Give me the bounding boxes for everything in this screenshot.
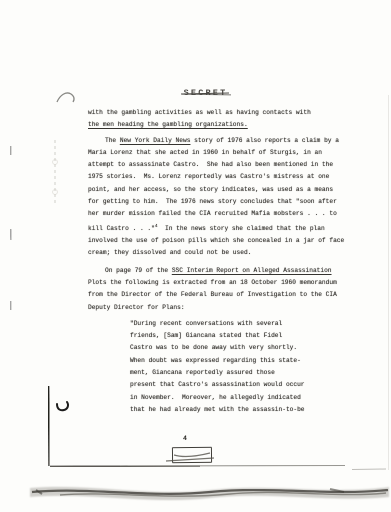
document-line: "During recent conversations with severa…: [88, 318, 378, 330]
baseline-smudge-right: [120, 466, 345, 467]
document-line: Maria Lorenz that she acted in 1960 in b…: [88, 147, 378, 159]
document-text-segment: kill Castro . . .": [88, 225, 155, 232]
document-text-segment: ment, Giancana reportedly assured those: [130, 369, 275, 376]
document-line: for getting to him. The 1976 news story …: [88, 196, 378, 208]
punch-hole-mark: [53, 160, 58, 165]
document-line: The New York Daily News story of 1976 al…: [88, 135, 378, 147]
handwritten-curl-mark: [57, 402, 68, 410]
document-line: attempt to assassinate Castro. She had a…: [88, 159, 378, 171]
document-line: from the Director of the Federal Bureau …: [88, 289, 378, 301]
document-line: point, and her access, so the story indi…: [88, 184, 378, 196]
document-line: the men heading the gambling organizatio…: [88, 119, 378, 131]
page-number: 4: [183, 435, 187, 442]
document-text-segment: The: [105, 137, 120, 144]
document-text-segment: from the Director of the Federal Bureau …: [88, 291, 337, 298]
document-line: with the gambling activities as well as …: [88, 107, 378, 119]
bottom-edge-knots: [36, 489, 344, 494]
baseline-dash-right: [352, 469, 386, 470]
document-text-segment: involved the use of poison pills which s…: [88, 237, 344, 244]
document-body: with the gambling activities as well as …: [88, 107, 378, 416]
vertical-scan-line: [49, 386, 50, 466]
document-text-segment: Deputy Director for Plans:: [88, 304, 185, 311]
document-text-segment: When doubt was expressed regarding this …: [130, 357, 301, 364]
scanned-document-page: SECRET with the gambling activities as w…: [0, 0, 391, 512]
document-text-segment: point, and her access, so the story indi…: [88, 186, 333, 193]
baseline-smudge-left: [50, 466, 200, 467]
classification-stamp-box: [172, 447, 212, 463]
document-line: present that Castro's assassination woul…: [88, 379, 378, 391]
document-text-segment: with the gambling activities as well as …: [88, 109, 311, 116]
classification-header-text: SECRET: [184, 88, 228, 98]
bottom-edge-dark-line: [32, 490, 388, 494]
document-text-segment: attempt to assassinate Castro. She had a…: [88, 161, 333, 168]
document-line: ment, Giancana reportedly assured those: [88, 367, 378, 379]
left-edge-tick-marks: [11, 146, 12, 310]
document-text-segment: Maria Lorenz that she acted in 1960 in b…: [88, 149, 322, 156]
document-line: 1975 stories. Ms. Lorenz reportedly was …: [88, 171, 378, 183]
document-text-segment: the men heading the gambling organizatio…: [88, 121, 248, 128]
document-text-segment: New York Daily News: [120, 137, 191, 144]
document-line: in November. Moreover, he allegedly indi…: [88, 392, 378, 404]
document-text-segment: Plots the following is extracted from an…: [88, 279, 337, 286]
document-text-segment: cream; they dissolved and could not be u…: [88, 249, 251, 256]
document-line: Deputy Director for Plans:: [88, 302, 378, 314]
document-line: cream; they dissolved and could not be u…: [88, 247, 378, 259]
document-line: friends, [Sam] Giancana stated that Fide…: [88, 330, 378, 342]
document-text-segment: story of 1976 also reports a claim by a: [190, 137, 339, 144]
document-text-segment: Castro was to be done away with very sho…: [130, 344, 297, 351]
document-line: Plots the following is extracted from an…: [88, 277, 378, 289]
document-text-segment: that he had already met with the assassi…: [130, 406, 305, 413]
document-text-segment: 1975 stories. Ms. Lorenz reportedly was …: [88, 173, 329, 180]
document-text-segment: SSC Interim Report on Alleged Assassinat…: [172, 267, 332, 274]
document-line: When doubt was expressed regarding this …: [88, 355, 378, 367]
document-text-segment: her murder mission failed the CIA recrui…: [88, 210, 337, 217]
bottom-edge-shadow-band: [30, 487, 389, 500]
document-text-segment: In the news story she claimed that the p…: [158, 225, 325, 232]
punch-hole-mark: [53, 190, 58, 195]
document-line: On page 79 of the SSC Interim Report on …: [88, 265, 378, 277]
document-line: her murder mission failed the CIA recrui…: [88, 208, 378, 220]
document-line: that he had already met with the assassi…: [88, 404, 378, 416]
document-text-segment: On page 79 of the: [105, 267, 172, 274]
document-text-segment: present that Castro's assassination woul…: [130, 381, 305, 388]
document-line: involved the use of poison pills which s…: [88, 235, 378, 247]
document-text-segment: friends, [Sam] Giancana stated that Fide…: [130, 332, 282, 339]
document-text-segment: for getting to him. The 1976 news story …: [88, 198, 337, 205]
classification-header: SECRET: [10, 88, 391, 98]
document-line: kill Castro . . ."4 In the news story sh…: [88, 221, 378, 235]
document-text-segment: "During recent conversations with severa…: [130, 320, 282, 327]
document-text-segment: in November. Moreover, he allegedly indi…: [130, 394, 301, 401]
bottom-edge-squiggle: [60, 492, 386, 496]
document-line: Castro was to be done away with very sho…: [88, 342, 378, 354]
